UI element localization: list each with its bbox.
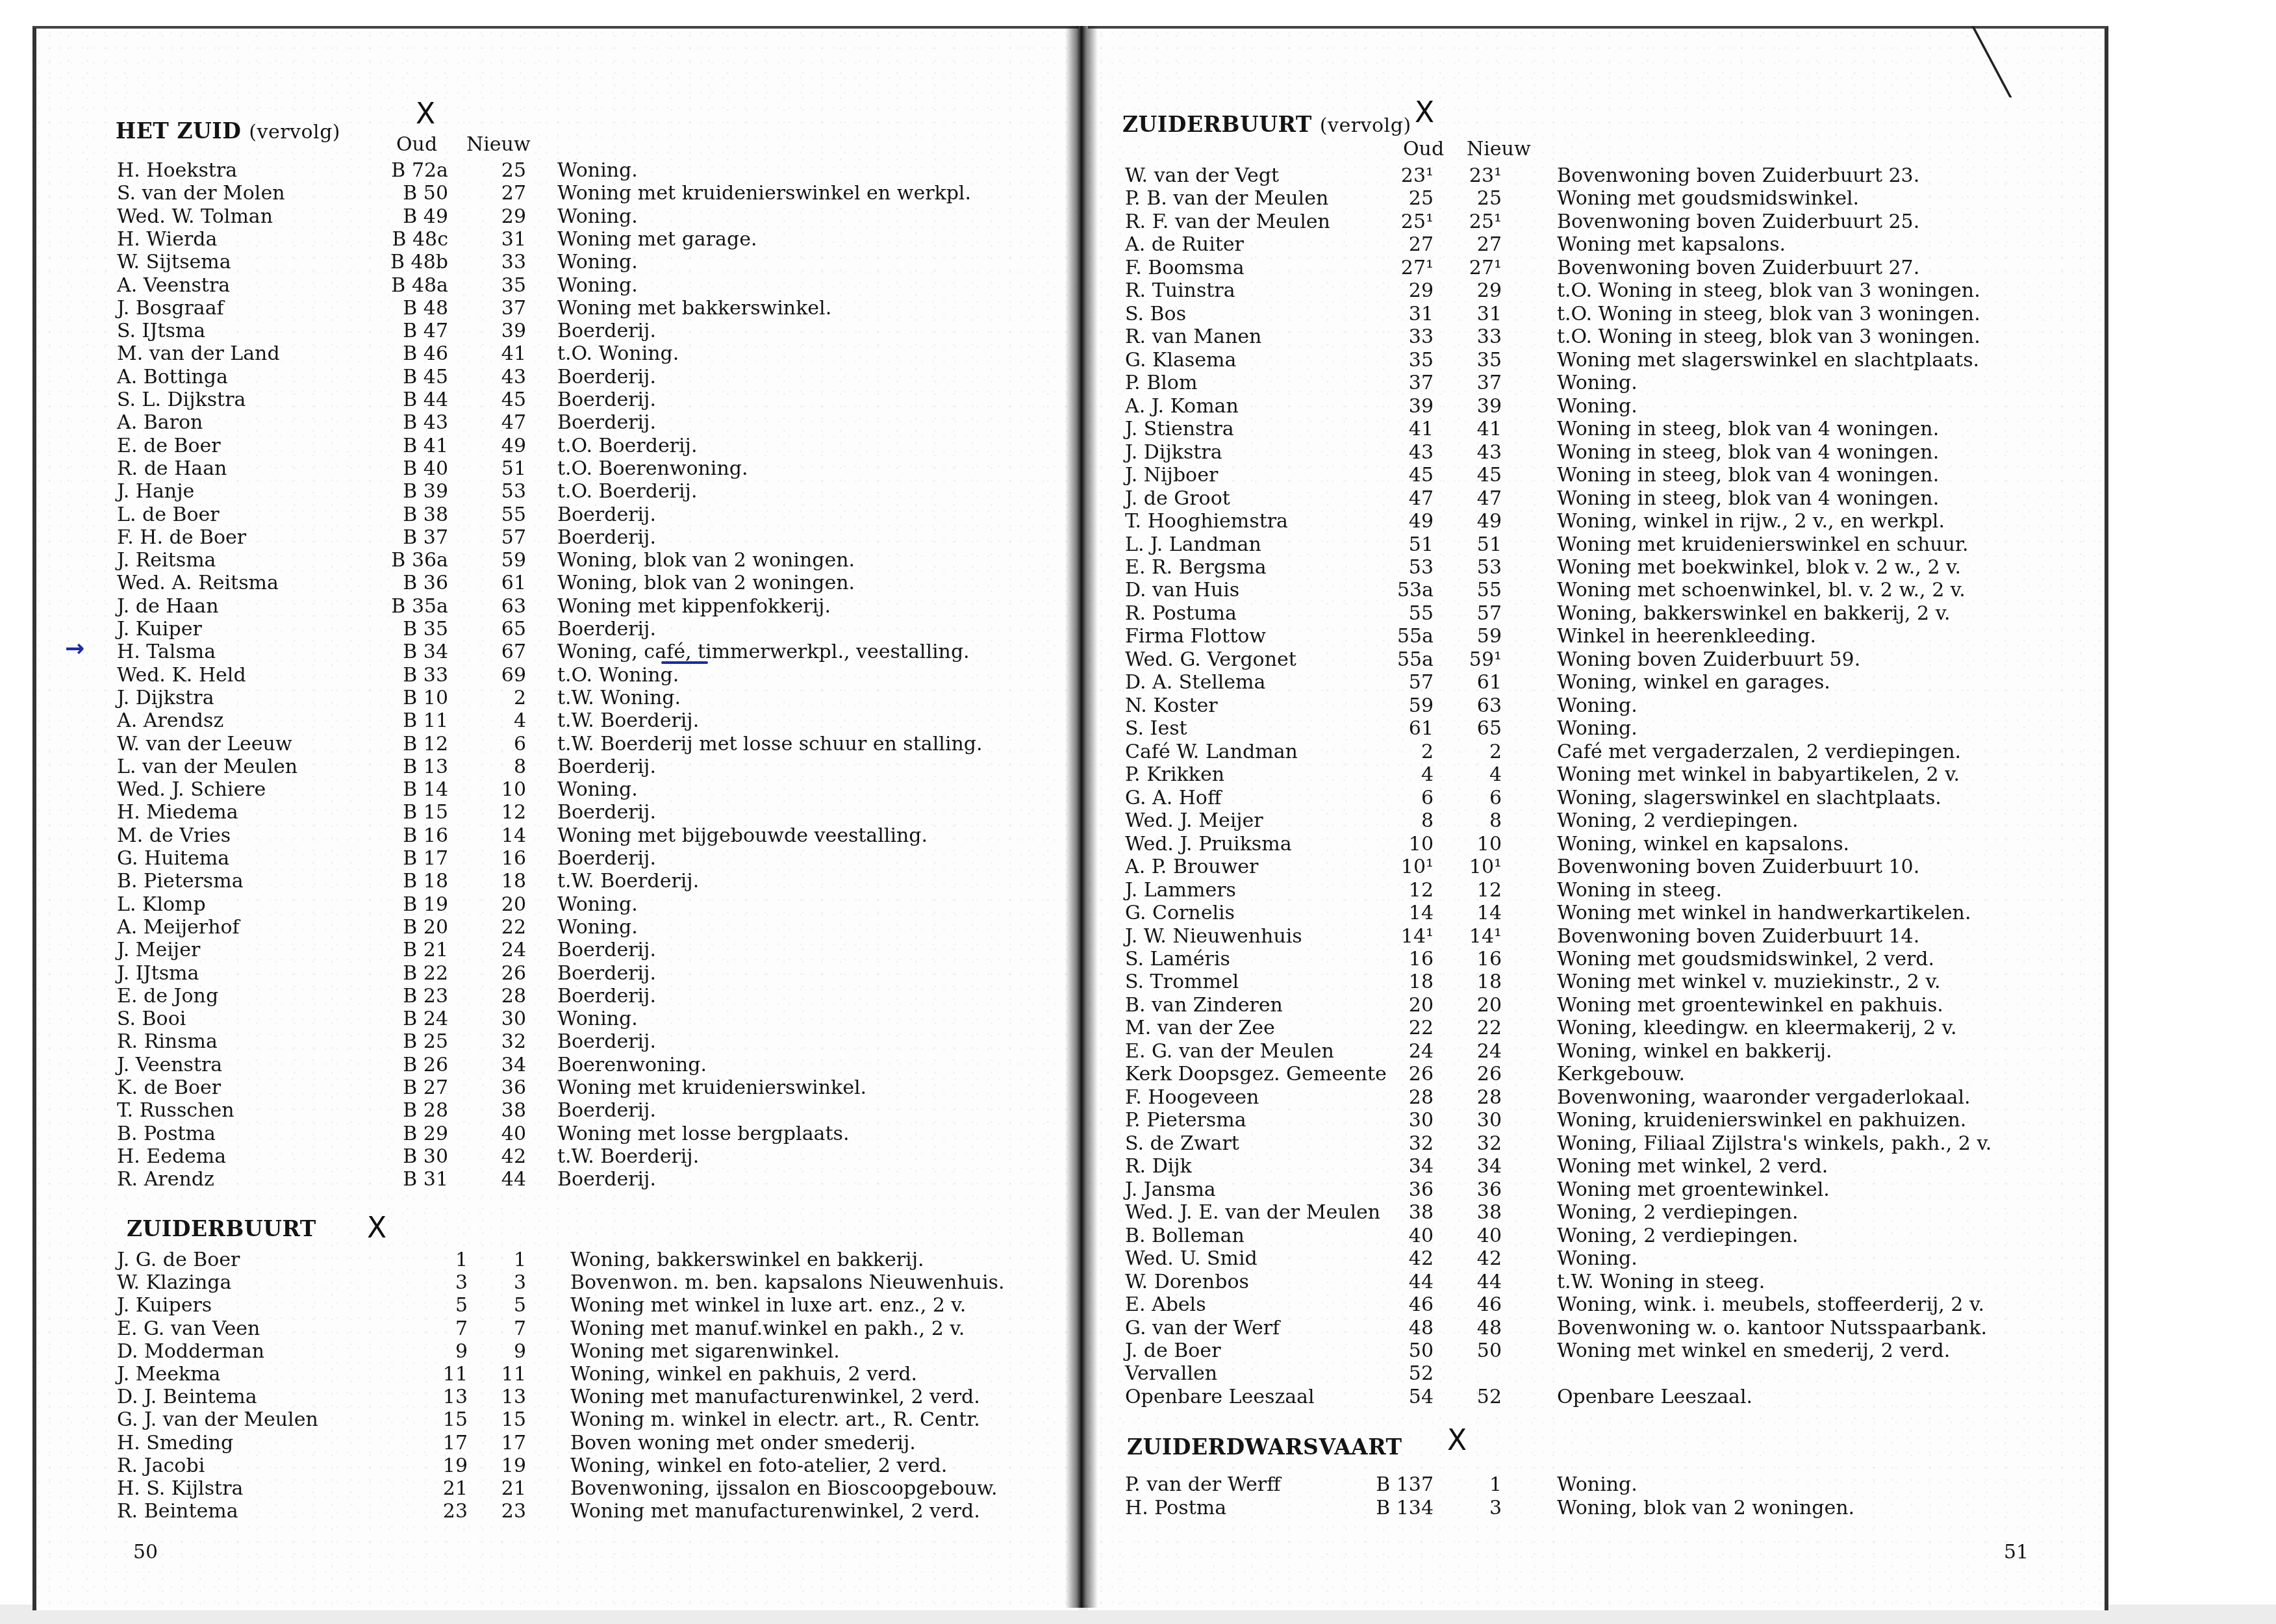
property-description: Woning met winkel in babyartikelen, 2 v. xyxy=(1557,763,1960,786)
page-number-right: 51 xyxy=(2004,1541,2029,1564)
new-house-number: 46 xyxy=(1125,1293,1502,1316)
property-description: Woning met kruidenierswinkel. xyxy=(557,1076,866,1099)
handwritten-arrow-icon: → xyxy=(65,635,84,662)
new-house-number: 16 xyxy=(1125,948,1502,971)
property-description: Woning met goudsmidswinkel. xyxy=(1557,187,1859,210)
new-house-number: 27¹ xyxy=(1125,257,1502,279)
table-row: J. Jansma3636Woning met groentewinkel. xyxy=(1125,1178,2086,1201)
property-description: Café met vergaderzalen, 2 verdiepingen. xyxy=(1557,741,1961,763)
new-house-number: 2 xyxy=(117,687,526,709)
table-row: J. MeijerB 2124Boerderij. xyxy=(117,939,1052,961)
property-description: Woning boven Zuiderbuurt 59. xyxy=(1557,648,1860,671)
property-description: Woning met garage. xyxy=(557,228,757,251)
new-house-number: 55 xyxy=(117,503,526,526)
new-house-number: 3 xyxy=(1125,1497,1502,1519)
table-row: E. G. van Veen77Woning met manuf.winkel … xyxy=(117,1317,1052,1340)
table-row: B. PietersmaB 1818t.W. Boerderij. xyxy=(117,870,1052,893)
property-description: Boven woning met onder smederij. xyxy=(570,1432,916,1454)
table-row: A. BaronB 4347Boerderij. xyxy=(117,411,1052,434)
new-house-number: 22 xyxy=(1125,1017,1502,1039)
table-row: P. Pietersma3030Woning, kruidenierswinke… xyxy=(1125,1109,2086,1132)
new-house-number: 49 xyxy=(1125,510,1502,533)
table-row: Wed. G. Vergonet55a59¹Woning boven Zuide… xyxy=(1125,648,2086,671)
property-description: Bovenwoning, ijssalon en Bioscoopgebouw. xyxy=(570,1477,998,1500)
table-row: F. Hoogeveen2828Bovenwoning, waaronder v… xyxy=(1125,1086,2086,1109)
new-house-number: 39 xyxy=(117,320,526,342)
property-description: t.O. Boerderij. xyxy=(557,435,697,457)
table-row: S. van der MolenB 5027Woning met kruiden… xyxy=(117,182,1052,205)
property-description: Boerderij. xyxy=(557,503,656,526)
section-heading-zuiderbuurt: ZUIDERBUURT xyxy=(127,1216,316,1241)
section-heading-zuiderbuurt-vervolg: ZUIDERBUURT(vervolg) xyxy=(1122,112,1411,137)
property-description: Woning met kruidenierswinkel en schuur. xyxy=(1557,533,1968,556)
new-house-number: 45 xyxy=(1125,464,1502,487)
new-house-number: 6 xyxy=(1125,787,1502,809)
table-row: D. A. Stellema5761Woning, winkel en gara… xyxy=(1125,671,2086,694)
new-house-number: 53 xyxy=(117,480,526,503)
table-row: H. S. Kijlstra2121Bovenwoning, ijssalon … xyxy=(117,1477,1052,1500)
property-description: Woning, bakkerswinkel en bakkerij. xyxy=(570,1249,924,1271)
table-row: M. van der Zee2222Woning, kleedingw. en … xyxy=(1125,1017,2086,1039)
property-description: Woning. xyxy=(557,274,638,297)
new-house-number: 18 xyxy=(117,870,526,893)
table-row: H. MiedemaB 1512Boerderij. xyxy=(117,801,1052,824)
new-house-number: 59¹ xyxy=(1125,648,1502,671)
table-row: Wed. J. Pruiksma1010Woning, winkel en ka… xyxy=(1125,833,2086,856)
table-row: A. BottingaB 4543Boerderij. xyxy=(117,366,1052,388)
property-description: Boerderij. xyxy=(557,985,656,1008)
table-row: J. de Boer5050Woning met winkel en smede… xyxy=(1125,1339,2086,1362)
property-description: Woning, winkel in rijw., 2 v., en werkpl… xyxy=(1557,510,1945,533)
table-row: G. Klasema3535Woning met slagerswinkel e… xyxy=(1125,349,2086,372)
property-description: t.O. Woning in steeg, blok van 3 woninge… xyxy=(1557,279,1980,302)
property-description: Woning, kruidenierswinkel en pakhuizen. xyxy=(1557,1109,1966,1132)
new-house-number: 11 xyxy=(117,1363,526,1386)
new-house-number: 10¹ xyxy=(1125,856,1502,878)
new-house-number: 20 xyxy=(1125,994,1502,1017)
table-row: P. Krikken44Woning met winkel in babyart… xyxy=(1125,763,2086,786)
property-description: Woning. xyxy=(1557,395,1637,418)
property-description: t.O. Boerenwoning. xyxy=(557,457,748,480)
new-house-number: 35 xyxy=(117,274,526,297)
table-row: R. de HaanB 4051t.O. Boerenwoning. xyxy=(117,457,1052,480)
table-row: S. Iest6165Woning. xyxy=(1125,717,2086,740)
property-description: Boerderij. xyxy=(557,1168,656,1191)
property-description: Woning met winkel in luxe art. enz., 2 v… xyxy=(570,1294,966,1317)
property-description: Woning. xyxy=(557,778,638,801)
new-house-number: 49 xyxy=(117,435,526,457)
table-row: R. Jacobi1919Woning, winkel en foto-atel… xyxy=(117,1454,1052,1477)
new-house-number: 14¹ xyxy=(1125,925,1502,948)
property-description: Bovenwoning w. o. kantoor Nutsspaarbank. xyxy=(1557,1317,1987,1339)
property-description: Boerderij. xyxy=(557,411,656,434)
table-row: R. Beintema2323Woning met manufacturenwi… xyxy=(117,1500,1052,1523)
section-title: HET ZUID xyxy=(116,118,241,144)
new-house-number: 69 xyxy=(117,664,526,687)
table-row: R. Tuinstra2929t.O. Woning in steeg, blo… xyxy=(1125,279,2086,302)
new-house-number: 24 xyxy=(1125,1040,1502,1063)
table-row: S. Trommel1818Woning met winkel v. muzie… xyxy=(1125,971,2086,993)
table-row: J. KuiperB 3565Boerderij. xyxy=(117,618,1052,641)
property-description: Woning met manufacturenwinkel, 2 verd. xyxy=(570,1500,980,1523)
table-row: Openbare Leeszaal5452Openbare Leeszaal. xyxy=(1125,1386,2086,1408)
column-header-oud: Oud xyxy=(396,133,437,156)
table-row: Wed. A. ReitsmaB 3661Woning, blok van 2 … xyxy=(117,572,1052,594)
property-description: Woning met groentewinkel. xyxy=(1557,1178,1830,1201)
property-description: t.O. Woning. xyxy=(557,664,679,687)
new-house-number: 20 xyxy=(117,893,526,916)
new-house-number: 26 xyxy=(1125,1063,1502,1085)
new-house-number: 15 xyxy=(117,1408,526,1431)
property-description: Woning, blok van 2 woningen. xyxy=(557,549,855,572)
table-row: E. R. Bergsma5353Woning met boekwinkel, … xyxy=(1125,556,2086,579)
table-row: S. Bos3131t.O. Woning in steeg, blok van… xyxy=(1125,303,2086,325)
table-row: G. A. Hoff66Woning, slagerswinkel en sla… xyxy=(1125,787,2086,809)
table-row: G. van der Werf4848Bovenwoning w. o. kan… xyxy=(1125,1317,2086,1339)
table-row: Wed. J. Meijer88Woning, 2 verdiepingen. xyxy=(1125,809,2086,832)
table-row: R. Postuma5557Woning, bakkerswinkel en b… xyxy=(1125,602,2086,625)
new-house-number: 1 xyxy=(117,1249,526,1271)
property-description: Bovenwoning boven Zuiderbuurt 23. xyxy=(1557,164,1919,187)
table-row: A. ArendszB 114t.W. Boerderij. xyxy=(117,709,1052,732)
property-description: Woning met losse bergplaats. xyxy=(557,1123,849,1145)
table-row: D. van Huis53a55Woning met schoenwinkel,… xyxy=(1125,579,2086,602)
property-description: t.W. Woning in steeg. xyxy=(1557,1271,1765,1293)
new-house-number: 47 xyxy=(1125,487,1502,510)
property-description: Boerderij. xyxy=(557,847,656,870)
new-house-number: 14 xyxy=(1125,902,1502,924)
new-house-number: 44 xyxy=(117,1168,526,1191)
new-house-number: 57 xyxy=(1125,602,1502,625)
table-row: P. Blom3737Woning. xyxy=(1125,372,2086,394)
new-house-number: 12 xyxy=(117,801,526,824)
table-row: E. Abels4646Woning, wink. i. meubels, st… xyxy=(1125,1293,2086,1316)
new-house-number: 8 xyxy=(117,755,526,778)
table-row: J. Lammers1212Woning in steeg. xyxy=(1125,879,2086,902)
table-row: Café W. Landman22Café met vergaderzalen,… xyxy=(1125,741,2086,763)
property-description: Boerderij. xyxy=(557,1099,656,1122)
property-description: Woning. xyxy=(1557,372,1637,394)
table-row: J. Meekma1111Woning, winkel en pakhuis, … xyxy=(117,1363,1052,1386)
table-row: L. KlompB 1920Woning. xyxy=(117,893,1052,916)
table-row: G. Cornelis1414Woning met winkel in hand… xyxy=(1125,902,2086,924)
property-description: Woning, winkel en bakkerij. xyxy=(1557,1040,1832,1063)
table-row: J. HanjeB 3953t.O. Boerderij. xyxy=(117,480,1052,503)
table-row: W. SijtsemaB 48b33Woning. xyxy=(117,251,1052,273)
property-description: Woning, bakkerswinkel en bakkerij, 2 v. xyxy=(1557,602,1951,625)
property-description: Boerderij. xyxy=(557,939,656,961)
property-description: Woning met winkel, 2 verd. xyxy=(1557,1155,1828,1178)
table-row: M. de VriesB 1614Woning met bijgebouwde … xyxy=(117,824,1052,847)
new-house-number: 17 xyxy=(117,1432,526,1454)
table-row: H. PostmaB 1343Woning, blok van 2 woning… xyxy=(1125,1497,2086,1519)
property-description: t.O. Boerderij. xyxy=(557,480,697,503)
table-row: H. WierdaB 48c31Woning met garage. xyxy=(117,228,1052,251)
property-description: t.W. Woning. xyxy=(557,687,681,709)
property-description: Woning. xyxy=(557,159,638,182)
table-row: P. B. van der Meulen2525Woning met gouds… xyxy=(1125,187,2086,210)
property-description: Openbare Leeszaal. xyxy=(1557,1386,1752,1408)
property-description: Woning met schoenwinkel, bl. v. 2 w., 2 … xyxy=(1557,579,1966,602)
table-row: Vervallen52 xyxy=(1125,1362,2086,1385)
new-house-number: 2 xyxy=(1125,741,1502,763)
new-house-number: 55 xyxy=(1125,579,1502,602)
table-row: W. Dorenbos4444t.W. Woning in steeg. xyxy=(1125,1271,2086,1293)
property-description: Bovenwoning boven Zuiderbuurt 10. xyxy=(1557,856,1919,878)
property-description: Woning. xyxy=(1557,1473,1637,1496)
property-description: Woning. xyxy=(557,1008,638,1030)
table-row: A. MeijerhofB 2022Woning. xyxy=(117,916,1052,939)
table-row: H. HoekstraB 72a25Woning. xyxy=(117,159,1052,182)
table-row: E. de BoerB 4149t.O. Boerderij. xyxy=(117,435,1052,457)
new-house-number: 36 xyxy=(117,1076,526,1099)
new-house-number: 28 xyxy=(117,985,526,1008)
property-description: Woning, blok van 2 woningen. xyxy=(1557,1497,1854,1519)
property-description: Woning, wink. i. meubels, stoffeerderij,… xyxy=(1557,1293,1984,1316)
property-description: Bovenwoning, waaronder vergaderlokaal. xyxy=(1557,1086,1971,1109)
property-description: t.W. Boerderij met losse schuur en stall… xyxy=(557,733,983,755)
table-row: S. BooiB 2430Woning. xyxy=(117,1008,1052,1030)
property-description: Woning in steeg, blok van 4 woningen. xyxy=(1557,441,1939,464)
property-description: Boerderij. xyxy=(557,755,656,778)
new-house-number: 3 xyxy=(117,1271,526,1294)
table-row: J. DijkstraB 102t.W. Woning. xyxy=(117,687,1052,709)
table-row: H. EedemaB 3042t.W. Boerderij. xyxy=(117,1145,1052,1168)
table-row: Wed. W. TolmanB 4929Woning. xyxy=(117,205,1052,228)
new-house-number: 61 xyxy=(117,572,526,594)
table-row: J. de HaanB 35a63Woning met kippenfokker… xyxy=(117,595,1052,618)
new-house-number: 38 xyxy=(1125,1201,1502,1224)
table-row: J. IJtsmaB 2226Boerderij. xyxy=(117,962,1052,985)
property-description: Woning, 2 verdiepingen. xyxy=(1557,1224,1799,1247)
table-row: Wed. J. E. van der Meulen3838Woning, 2 v… xyxy=(1125,1201,2086,1224)
property-description: Woning met kruidenierswinkel en werkpl. xyxy=(557,182,971,205)
property-description: Woning met slagerswinkel en slachtplaats… xyxy=(1557,349,1979,372)
table-row: H. Smeding1717Boven woning met onder sme… xyxy=(117,1432,1052,1454)
property-description: Woning met kippenfokkerij. xyxy=(557,595,831,618)
table-row: Firma Flottow55a59Winkel in heerenkleedi… xyxy=(1125,625,2086,648)
table-row: Kerk Doopsgez. Gemeente2626Kerkgebouw. xyxy=(1125,1063,2086,1085)
new-house-number: 10 xyxy=(1125,833,1502,856)
property-description: Woning. xyxy=(1557,717,1637,740)
old-house-number: 52 xyxy=(1125,1362,1434,1385)
property-description: Woning, slagerswinkel en slachtplaats. xyxy=(1557,787,1941,809)
property-description: Woning met bakkerswinkel. xyxy=(557,297,831,320)
new-house-number: 43 xyxy=(1125,441,1502,464)
property-description: Boerderij. xyxy=(557,320,656,342)
new-house-number: 53 xyxy=(1125,556,1502,579)
new-house-number: 12 xyxy=(1125,879,1502,902)
new-house-number: 65 xyxy=(117,618,526,641)
property-description: Woning. xyxy=(1557,694,1637,717)
new-house-number: 30 xyxy=(117,1008,526,1030)
property-description: Woning met winkel v. muziekinstr., 2 v. xyxy=(1557,971,1940,993)
section-title: ZUIDERBUURT xyxy=(1122,112,1312,137)
new-house-number: 31 xyxy=(117,228,526,251)
new-house-number: 31 xyxy=(1125,303,1502,325)
handwritten-x-mark: X xyxy=(1415,96,1434,129)
new-house-number: 30 xyxy=(1125,1109,1502,1132)
new-house-number: 59 xyxy=(117,549,526,572)
new-house-number: 14 xyxy=(117,824,526,847)
property-description: Woning met groentewinkel en pakhuis. xyxy=(1557,994,1943,1017)
property-description: Bovenwoning boven Zuiderbuurt 14. xyxy=(1557,925,1919,948)
new-house-number: 41 xyxy=(117,342,526,365)
table-row: R. F. van der Meulen25¹25¹Bovenwoning bo… xyxy=(1125,210,2086,233)
property-description: Woning met sigarenwinkel. xyxy=(570,1340,840,1363)
new-house-number: 38 xyxy=(117,1099,526,1122)
new-house-number: 33 xyxy=(1125,325,1502,348)
table-row: J. de Groot4747Woning in steeg, blok van… xyxy=(1125,487,2086,510)
table-row: A. de Ruiter2727Woning met kapsalons. xyxy=(1125,233,2086,256)
column-header-nieuw: Nieuw xyxy=(1467,138,1531,160)
property-description: Woning, 2 verdiepingen. xyxy=(1557,809,1799,832)
table-row: T. RusschenB 2838Boerderij. xyxy=(117,1099,1052,1122)
property-description: Winkel in heerenkleeding. xyxy=(1557,625,1816,648)
table-row: K. de BoerB 2736Woning met kruidenierswi… xyxy=(117,1076,1052,1099)
new-house-number: 40 xyxy=(117,1123,526,1145)
table-row: T. Hooghiemstra4949Woning, winkel in rij… xyxy=(1125,510,2086,533)
property-description: Woning, 2 verdiepingen. xyxy=(1557,1201,1799,1224)
table-row: J. Nijboer4545Woning in steeg, blok van … xyxy=(1125,464,2086,487)
property-description: Woning, Filiaal Zijlstra's winkels, pakh… xyxy=(1557,1132,1991,1155)
new-house-number: 7 xyxy=(117,1317,526,1340)
property-description: Woning. xyxy=(557,893,638,916)
table-row: W. van der Vegt23¹23¹Bovenwoning boven Z… xyxy=(1125,164,2086,187)
property-description: Woning, winkel en foto-atelier, 2 verd. xyxy=(570,1454,947,1477)
property-description: Woning, winkel en pakhuis, 2 verd. xyxy=(570,1363,917,1386)
table-row: S. IJtsmaB 4739Boerderij. xyxy=(117,320,1052,342)
new-house-number: 29 xyxy=(117,205,526,228)
new-house-number: 35 xyxy=(1125,349,1502,372)
property-description: t.O. Woning in steeg, blok van 3 woninge… xyxy=(1557,325,1980,348)
property-description: Woning, kleedingw. en kleermakerij, 2 v. xyxy=(1557,1017,1957,1039)
table-row: B. PostmaB 2940Woning met losse bergplaa… xyxy=(117,1123,1052,1145)
new-house-number: 10 xyxy=(117,778,526,801)
table-row: W. Klazinga33Bovenwon. m. ben. kapsalons… xyxy=(117,1271,1052,1294)
property-description: Woning, café, timmerwerkpl., veestalling… xyxy=(557,641,970,663)
property-description: Kerkgebouw. xyxy=(1557,1063,1685,1085)
property-description: Woning, blok van 2 woningen. xyxy=(557,572,855,594)
new-house-number: 52 xyxy=(1125,1386,1502,1408)
table-row: J. Kuipers55Woning met winkel in luxe ar… xyxy=(117,1294,1052,1317)
new-house-number: 25 xyxy=(1125,187,1502,210)
property-description: Bovenwon. m. ben. kapsalons Nieuwenhuis. xyxy=(570,1271,1004,1294)
property-description: Bovenwoning boven Zuiderbuurt 27. xyxy=(1557,257,1919,279)
table-row: L. van der MeulenB 138Boerderij. xyxy=(117,755,1052,778)
new-house-number: 1 xyxy=(1125,1473,1502,1496)
table-row: J. W. Nieuwenhuis14¹14¹Bovenwoning boven… xyxy=(1125,925,2086,948)
new-house-number: 47 xyxy=(117,411,526,434)
new-house-number: 28 xyxy=(1125,1086,1502,1109)
new-house-number: 44 xyxy=(1125,1271,1502,1293)
new-house-number: 19 xyxy=(117,1454,526,1477)
new-house-number: 9 xyxy=(117,1340,526,1363)
table-row: E. G. van der Meulen2424Woning, winkel e… xyxy=(1125,1040,2086,1063)
table-row: N. Koster5963Woning. xyxy=(1125,694,2086,717)
new-house-number: 36 xyxy=(1125,1178,1502,1201)
new-house-number: 65 xyxy=(1125,717,1502,740)
table-row: D. Modderman99Woning met sigarenwinkel. xyxy=(117,1340,1052,1363)
section-heading-het-zuid: HET ZUID(vervolg) xyxy=(116,118,340,144)
handwritten-underline xyxy=(661,661,708,664)
table-row: R. van Manen3333t.O. Woning in steeg, bl… xyxy=(1125,325,2086,348)
new-house-number: 4 xyxy=(1125,763,1502,786)
section-subtitle: (vervolg) xyxy=(249,121,340,144)
new-house-number: 8 xyxy=(1125,809,1502,832)
new-house-number: 48 xyxy=(1125,1317,1502,1339)
property-description: Boerderij. xyxy=(557,618,656,641)
column-header-oud: Oud xyxy=(1403,138,1444,160)
property-description: Woning met winkel in handwerkartikelen. xyxy=(1557,902,1971,924)
new-house-number: 32 xyxy=(117,1030,526,1053)
new-house-number: 29 xyxy=(1125,279,1502,302)
property-description: Woning met kapsalons. xyxy=(1557,233,1786,256)
handwritten-x-mark: X xyxy=(416,97,435,131)
property-description: Woning met bijgebouwde veestalling. xyxy=(557,824,928,847)
table-row: H. TalsmaB 3467Woning, café, timmerwerkp… xyxy=(117,641,1052,663)
table-row: R. RinsmaB 2532Boerderij. xyxy=(117,1030,1052,1053)
table-row: M. van der LandB 4641t.O. Woning. xyxy=(117,342,1052,365)
new-house-number: 5 xyxy=(117,1294,526,1317)
new-house-number: 27 xyxy=(1125,233,1502,256)
property-description: Woning. xyxy=(557,205,638,228)
property-description: Woning m. winkel in electr. art., R. Cen… xyxy=(570,1408,980,1431)
table-row: R. ArendzB 3144Boerderij. xyxy=(117,1168,1052,1191)
table-row: E. de JongB 2328Boerderij. xyxy=(117,985,1052,1008)
table-row: Wed. K. HeldB 3369t.O. Woning. xyxy=(117,664,1052,687)
new-house-number: 34 xyxy=(1125,1155,1502,1178)
new-house-number: 67 xyxy=(117,641,526,663)
property-description: Woning in steeg, blok van 4 woningen. xyxy=(1557,487,1939,510)
table-row: S. Laméris1616Woning met goudsmidswinkel… xyxy=(1125,948,2086,971)
table-row: B. Bolleman4040Woning, 2 verdiepingen. xyxy=(1125,1224,2086,1247)
book-spine xyxy=(1065,26,1098,1608)
new-house-number: 4 xyxy=(117,709,526,732)
table-row: F. H. de BoerB 3757Boerderij. xyxy=(117,526,1052,549)
table-row: P. van der WerffB 1371Woning. xyxy=(1125,1473,2086,1496)
table-row: L. de BoerB 3855Boerderij. xyxy=(117,503,1052,526)
property-description: Woning in steeg. xyxy=(1557,879,1722,902)
table-row: W. van der LeeuwB 126t.W. Boerderij met … xyxy=(117,733,1052,755)
new-house-number: 51 xyxy=(117,457,526,480)
new-house-number: 22 xyxy=(117,916,526,939)
section-heading-zuiderdwarsvaart: ZUIDERDWARSVAART xyxy=(1127,1434,1402,1460)
property-description: Boerderij. xyxy=(557,801,656,824)
new-house-number: 37 xyxy=(1125,372,1502,394)
new-house-number: 26 xyxy=(117,962,526,985)
table-row: J. ReitsmaB 36a59Woning, blok van 2 woni… xyxy=(117,549,1052,572)
property-description: t.O. Woning in steeg, blok van 3 woninge… xyxy=(1557,303,1980,325)
new-house-number: 21 xyxy=(117,1477,526,1500)
property-description: Boerenwoning. xyxy=(557,1054,707,1076)
table-row: F. Boomsma27¹27¹Bovenwoning boven Zuider… xyxy=(1125,257,2086,279)
property-description: t.O. Woning. xyxy=(557,342,679,365)
table-row: A. P. Brouwer10¹10¹Bovenwoning boven Zui… xyxy=(1125,856,2086,878)
table-row: A. VeenstraB 48a35Woning. xyxy=(117,274,1052,297)
table-row: J. Stienstra4141Woning in steeg, blok va… xyxy=(1125,418,2086,440)
new-house-number: 34 xyxy=(117,1054,526,1076)
new-house-number: 63 xyxy=(1125,694,1502,717)
new-house-number: 6 xyxy=(117,733,526,755)
table-row: J. VeenstraB 2634Boerenwoning. xyxy=(117,1054,1052,1076)
property-description: Woning in steeg, blok van 4 woningen. xyxy=(1557,464,1939,487)
new-house-number: 32 xyxy=(1125,1132,1502,1155)
table-row: Wed. U. Smid4242Woning. xyxy=(1125,1247,2086,1270)
new-house-number: 25 xyxy=(117,159,526,182)
table-row: G. J. van der Meulen1515Woning m. winkel… xyxy=(117,1408,1052,1431)
new-house-number: 23 xyxy=(117,1500,526,1523)
